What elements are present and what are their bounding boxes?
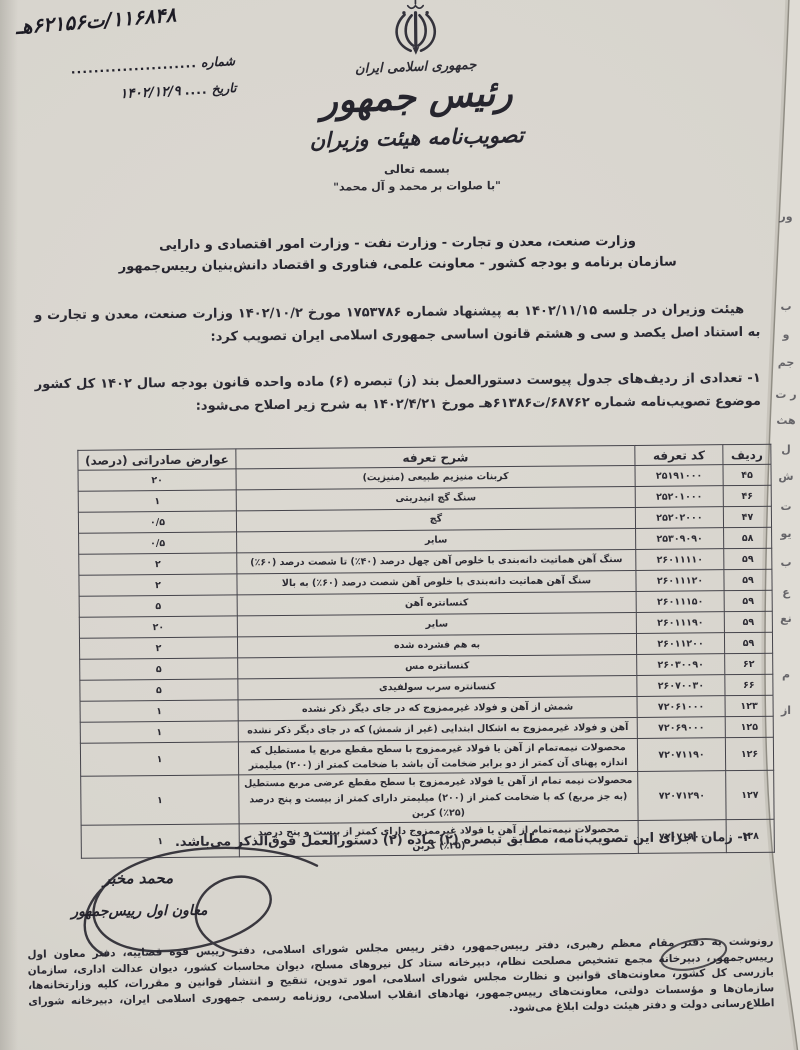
table-cell-duty: ۱: [80, 700, 238, 722]
table-cell-code: ۲۵۲۰۲۰۰۰: [635, 507, 723, 529]
handwritten-date: ۱۴۰۲/۱۲/۹: [120, 83, 181, 102]
date-label: تاریخ: [211, 80, 237, 96]
table-cell-row: ۱۲۵: [725, 716, 773, 737]
table-cell-duty: ۲: [79, 574, 237, 596]
table-cell-duty: ۱: [80, 742, 238, 777]
table-cell-code: ۲۵۱۹۱۰۰۰: [635, 465, 723, 487]
table-cell-duty: ۱: [80, 721, 238, 743]
table-cell-row: ۵۹: [724, 548, 772, 569]
table-cell-row: ۱۲۷: [726, 771, 774, 820]
table-cell-row: ۶۲: [725, 653, 773, 674]
iran-emblem-icon: [371, 0, 460, 58]
table-cell-row: ۵۸: [724, 527, 772, 548]
letterhead: جمهوری اسلامی ایران رئیس جمهور تصویب‌نام…: [250, 0, 582, 194]
header-tariff-code: کد تعرفه: [635, 445, 723, 466]
table-cell-row: ۴۷: [723, 506, 771, 527]
table-cell-row: ۵۹: [724, 569, 772, 590]
table-cell-row: ۴۶: [723, 485, 771, 506]
table-cell-desc: محصولات نیمه‌تمام از آهن یا فولاد غیرممز…: [238, 738, 637, 775]
table-cell-row: ۵۹: [724, 590, 772, 611]
table-row: ۱۲۷۷۲۰۷۱۲۹۰محصولات نیمه تمام از آهن یا ف…: [81, 771, 774, 826]
table-cell-code: ۲۶۰۳۰۰۹۰: [637, 654, 725, 676]
table-cell-row: ۱۲۳: [725, 695, 773, 716]
addressee-lines: وزارت صنعت، معدن و تجارت - وزارت نفت - و…: [67, 230, 727, 279]
table-cell-code: ۲۶۰۱۱۲۰۰: [636, 633, 724, 655]
table-cell-duty: ۲: [79, 637, 237, 659]
table-cell-duty: ۱: [81, 775, 239, 825]
date-field: تاریخ .... ۱۴۰۲/۱۲/۹: [36, 80, 237, 106]
table-cell-desc: محصولات نیمه تمام از آهن یا فولاد غیرممز…: [239, 772, 638, 824]
number-dotted-line: ......................: [70, 55, 197, 77]
document-content: ۱۱۶۸۴۸/ت۶۲۱۵۶هـ شماره ..................…: [0, 0, 800, 1050]
clause-1-paragraph: ۱- تعدادی از ردیف‌های جدول پیوست دستورال…: [35, 367, 761, 419]
table-cell-duty: ۲: [79, 553, 237, 575]
header-row-number: ردیف: [723, 444, 771, 464]
table-cell-duty: ۰/۵: [79, 532, 237, 554]
table-cell-row: ۴۵: [723, 464, 771, 485]
table-cell-row: ۵۹: [724, 611, 772, 632]
header-export-duty: عوارض صادراتی (درصد): [78, 449, 236, 470]
table-cell-duty: ۲۰: [79, 616, 237, 638]
table-cell-duty: ۵: [80, 658, 238, 680]
table-cell-duty: ۱: [78, 490, 236, 512]
number-date-block: شماره ...................... تاریخ .... …: [35, 53, 238, 118]
scanned-document: وربوجمر تهثلشتیوبعنعماز ۱۱۶۸۴۸/ت۶۲۱۵۶هـ …: [0, 0, 800, 1050]
salawat-text: "با صلوات بر محمد و آل محمد": [333, 179, 501, 193]
table-cell-code: ۷۲۰۷۱۲۹۰: [638, 771, 726, 820]
table-cell-code: ۷۲۰۷۱۱۹۰: [637, 738, 725, 772]
table-cell-code: ۲۶۰۱۱۱۹۰: [636, 612, 724, 634]
distribution-list: رونوشت به دفتر مقام معظم رهبری، دفتر ریی…: [27, 934, 774, 1025]
basmala-text: بسمه تعالی: [384, 162, 450, 177]
table-cell-code: ۲۶۰۱۱۱۱۰: [636, 549, 724, 571]
table-cell-code: ۲۶۰۷۰۰۳۰: [637, 675, 725, 697]
table-cell-duty: ۲۰: [78, 469, 236, 491]
date-dotted-line: ....: [184, 82, 208, 98]
table-cell-duty: ۵: [79, 595, 237, 617]
handwritten-ref-number: ۱۱۶۸۴۸/ت۶۲۱۵۶هـ: [15, 2, 177, 39]
document-type-calligraphy: تصویب‌نامه هیئت وزیران: [309, 123, 524, 153]
table-cell-code: ۲۶۰۱۱۱۲۰: [636, 570, 724, 592]
table-cell-code: ۲۵۲۰۱۰۰۰: [635, 486, 723, 508]
number-field: شماره ......................: [35, 53, 236, 78]
president-title-calligraphy: رئیس جمهور: [319, 73, 513, 122]
table-cell-row: ۶۶: [725, 674, 773, 695]
preamble-paragraph: هیئت وزیران در جلسه ۱۴۰۲/۱۱/۱۵ به پیشنها…: [34, 298, 760, 350]
addressee-line-2: سازمان برنامه و بودجه کشور - معاونت علمی…: [68, 252, 728, 279]
signer-title: معاون اول رییس‌جمهور: [71, 903, 207, 920]
table-cell-code: ۷۲۰۶۱۰۰۰: [637, 696, 725, 718]
table-cell-duty: ۵: [80, 679, 238, 701]
table-cell-duty: ۰/۵: [78, 511, 236, 533]
number-label: شماره: [201, 53, 236, 70]
table-cell-code: ۷۲۰۶۹۰۰۰: [637, 717, 725, 739]
table-cell-code: ۲۵۳۰۹۰۹۰: [636, 528, 724, 550]
table-cell-code: ۲۶۰۱۱۱۵۰: [636, 591, 724, 613]
tariff-table: ردیف کد تعرفه شرح تعرفه عوارض صادراتی (د…: [77, 444, 775, 859]
table-cell-row: ۵۹: [724, 632, 772, 653]
signer-name: محمد مخبر: [103, 869, 173, 888]
table-cell-row: ۱۲۶: [725, 737, 773, 771]
